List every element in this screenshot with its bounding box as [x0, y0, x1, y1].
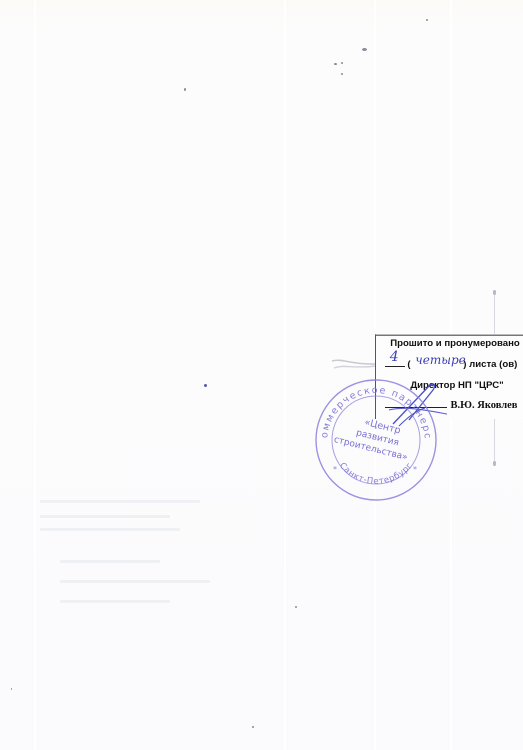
scan-speck [252, 726, 254, 728]
svg-text:Санкт-Петербург: Санкт-Петербург [337, 461, 415, 487]
scan-seam [284, 0, 286, 750]
sheet-count-number-blank: 4 [385, 355, 405, 367]
scan-speck [204, 384, 207, 387]
sheet-count-words: четыре [415, 353, 466, 367]
label-stitched-numbered: Прошито и пронумеровано [380, 338, 523, 349]
stamp-star-right: * [413, 465, 417, 474]
stamp-star-left: * [333, 465, 337, 474]
scan-seam [34, 0, 36, 750]
organization-round-stamp: Некоммерческое партнерство Санкт-Петербу… [313, 378, 439, 502]
scan-speck [11, 688, 12, 690]
binding-thread-loop [330, 355, 380, 375]
bleed-through-text [60, 580, 210, 583]
scan-speck [341, 62, 343, 64]
bleed-through-text [60, 600, 170, 603]
bleed-through-text [40, 528, 180, 531]
sheets-suffix: ) листа (ов) [463, 359, 517, 370]
bleed-through-text [60, 560, 160, 563]
sheet-count-words-blank: четыре [413, 356, 463, 367]
open-paren: ( [407, 359, 410, 370]
scan-speck [184, 88, 186, 91]
binding-hole-bottom [493, 461, 496, 466]
scan-speck [341, 73, 343, 75]
stamp-ring-bottom: Санкт-Петербург [337, 461, 415, 487]
sheet-count-number: 4 [390, 349, 399, 365]
bleed-through-text [40, 515, 170, 518]
document-page: Прошито и пронумеровано 4 ( четыре ) лис… [0, 0, 523, 750]
signatory-name: В.Ю. Яковлев [451, 400, 518, 411]
scan-speck [334, 63, 337, 65]
scan-speck [362, 48, 367, 51]
scan-speck [426, 19, 428, 21]
scan-speck [295, 606, 297, 608]
bleed-through-text [40, 500, 200, 503]
label-sheet-count-line: 4 ( четыре ) листа (ов) [376, 355, 523, 370]
binding-hole-top [493, 290, 496, 295]
